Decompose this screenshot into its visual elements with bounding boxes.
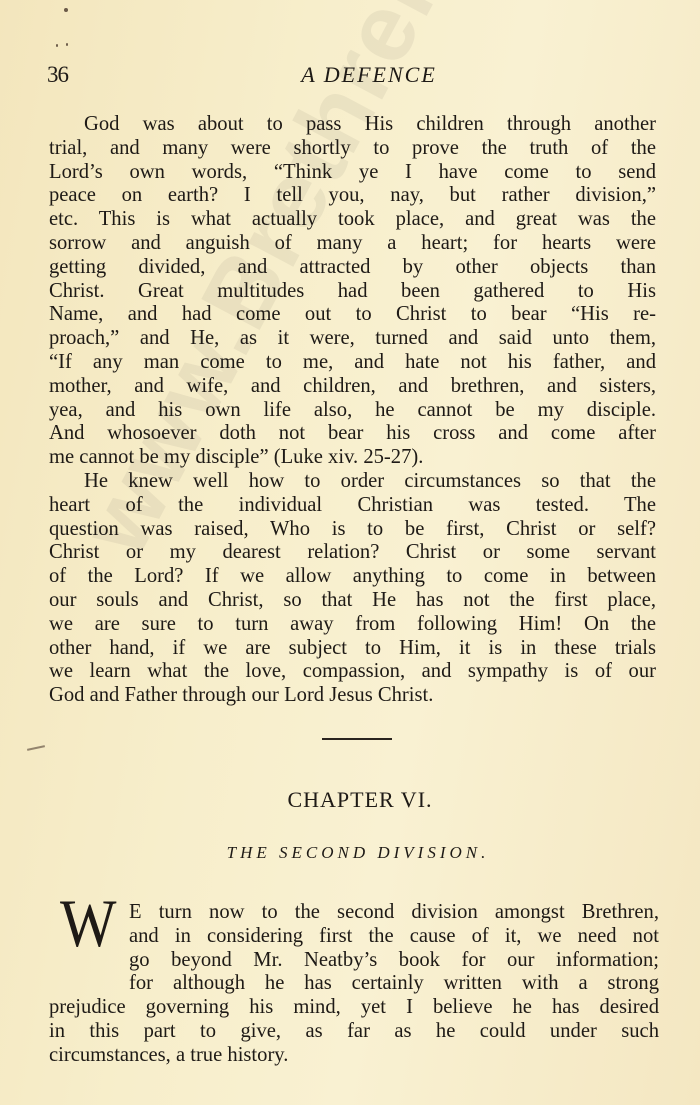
text-line: Name, and had come out to Christ to bear…: [49, 303, 656, 327]
text-line: question was raised, Who is to be first,…: [49, 518, 656, 542]
text-line: etc. This is what actually took place, a…: [49, 208, 656, 232]
paper-speck: [64, 8, 68, 12]
text-line: Christ. Great multitudes had been gather…: [49, 280, 656, 304]
text-line: our souls and Christ, so that He has not…: [49, 589, 656, 613]
text-line: God was about to pass His children throu…: [49, 113, 656, 137]
text-line: getting divided, and attracted by other …: [49, 256, 656, 280]
text-line: E turn now to the second division amongs…: [49, 901, 659, 925]
text-line: sorrow and anguish of many a heart; for …: [49, 232, 656, 256]
text-line: trial, and many were shortly to prove th…: [49, 137, 656, 161]
text-line: yea, and his own life also, he cannot be…: [49, 399, 656, 423]
text-line: me cannot be my disciple” (Luke xiv. 25-…: [49, 446, 656, 470]
text-line: circumstances, a true history.: [49, 1044, 659, 1068]
book-page: www.Brethren 36 A DEFENCE God was about …: [0, 0, 700, 1105]
text-line: peace on earth? I tell you, nay, but rat…: [49, 184, 656, 208]
text-line: prejudice governing his mind, yet I beli…: [49, 996, 659, 1020]
paper-speck: [56, 44, 58, 47]
text-line: God and Father through our Lord Jesus Ch…: [49, 684, 656, 708]
text-line: other hand, if we are subject to Him, it…: [49, 637, 656, 661]
text-line: for although he has certainly written wi…: [49, 972, 659, 996]
running-title: A DEFENCE: [47, 62, 667, 88]
text-line: “If any man come to me, and hate not his…: [49, 351, 656, 375]
text-line: go beyond Mr. Neatby’s book for our info…: [49, 949, 659, 973]
text-line: Lord’s own words, “Think ye I have come …: [49, 161, 656, 185]
chapter-paragraph: E turn now to the second division amongs…: [49, 901, 659, 1068]
text-line: He knew well how to order circumstances …: [49, 470, 656, 494]
text-line: in this part to give, as far as he could…: [49, 1020, 659, 1044]
paragraph-2: He knew well how to order circumstances …: [49, 470, 656, 708]
text-line: And whosoever doth not bear his cross an…: [49, 422, 656, 446]
text-line: proach,” and He, as it were, turned and …: [49, 327, 656, 351]
text-line: Christ or my dearest relation? Christ or…: [49, 541, 656, 565]
text-line: mother, and wife, and children, and bret…: [49, 375, 656, 399]
chapter-heading: CHAPTER VI.: [0, 787, 700, 813]
paragraph-1: God was about to pass His children throu…: [49, 113, 656, 470]
paper-mark: [27, 745, 45, 751]
paper-speck: [66, 43, 68, 46]
text-line: we are sure to turn away from following …: [49, 613, 656, 637]
text-line: of the Lord? If we allow anything to com…: [49, 565, 656, 589]
text-line: and in considering first the cause of it…: [49, 925, 659, 949]
chapter-subtitle: THE SECOND DIVISION.: [0, 843, 700, 863]
text-line: we learn what the love, compassion, and …: [49, 660, 656, 684]
running-head: 36 A DEFENCE: [47, 62, 667, 92]
section-divider-rule: [322, 738, 392, 740]
text-line: heart of the individual Christian was te…: [49, 494, 656, 518]
